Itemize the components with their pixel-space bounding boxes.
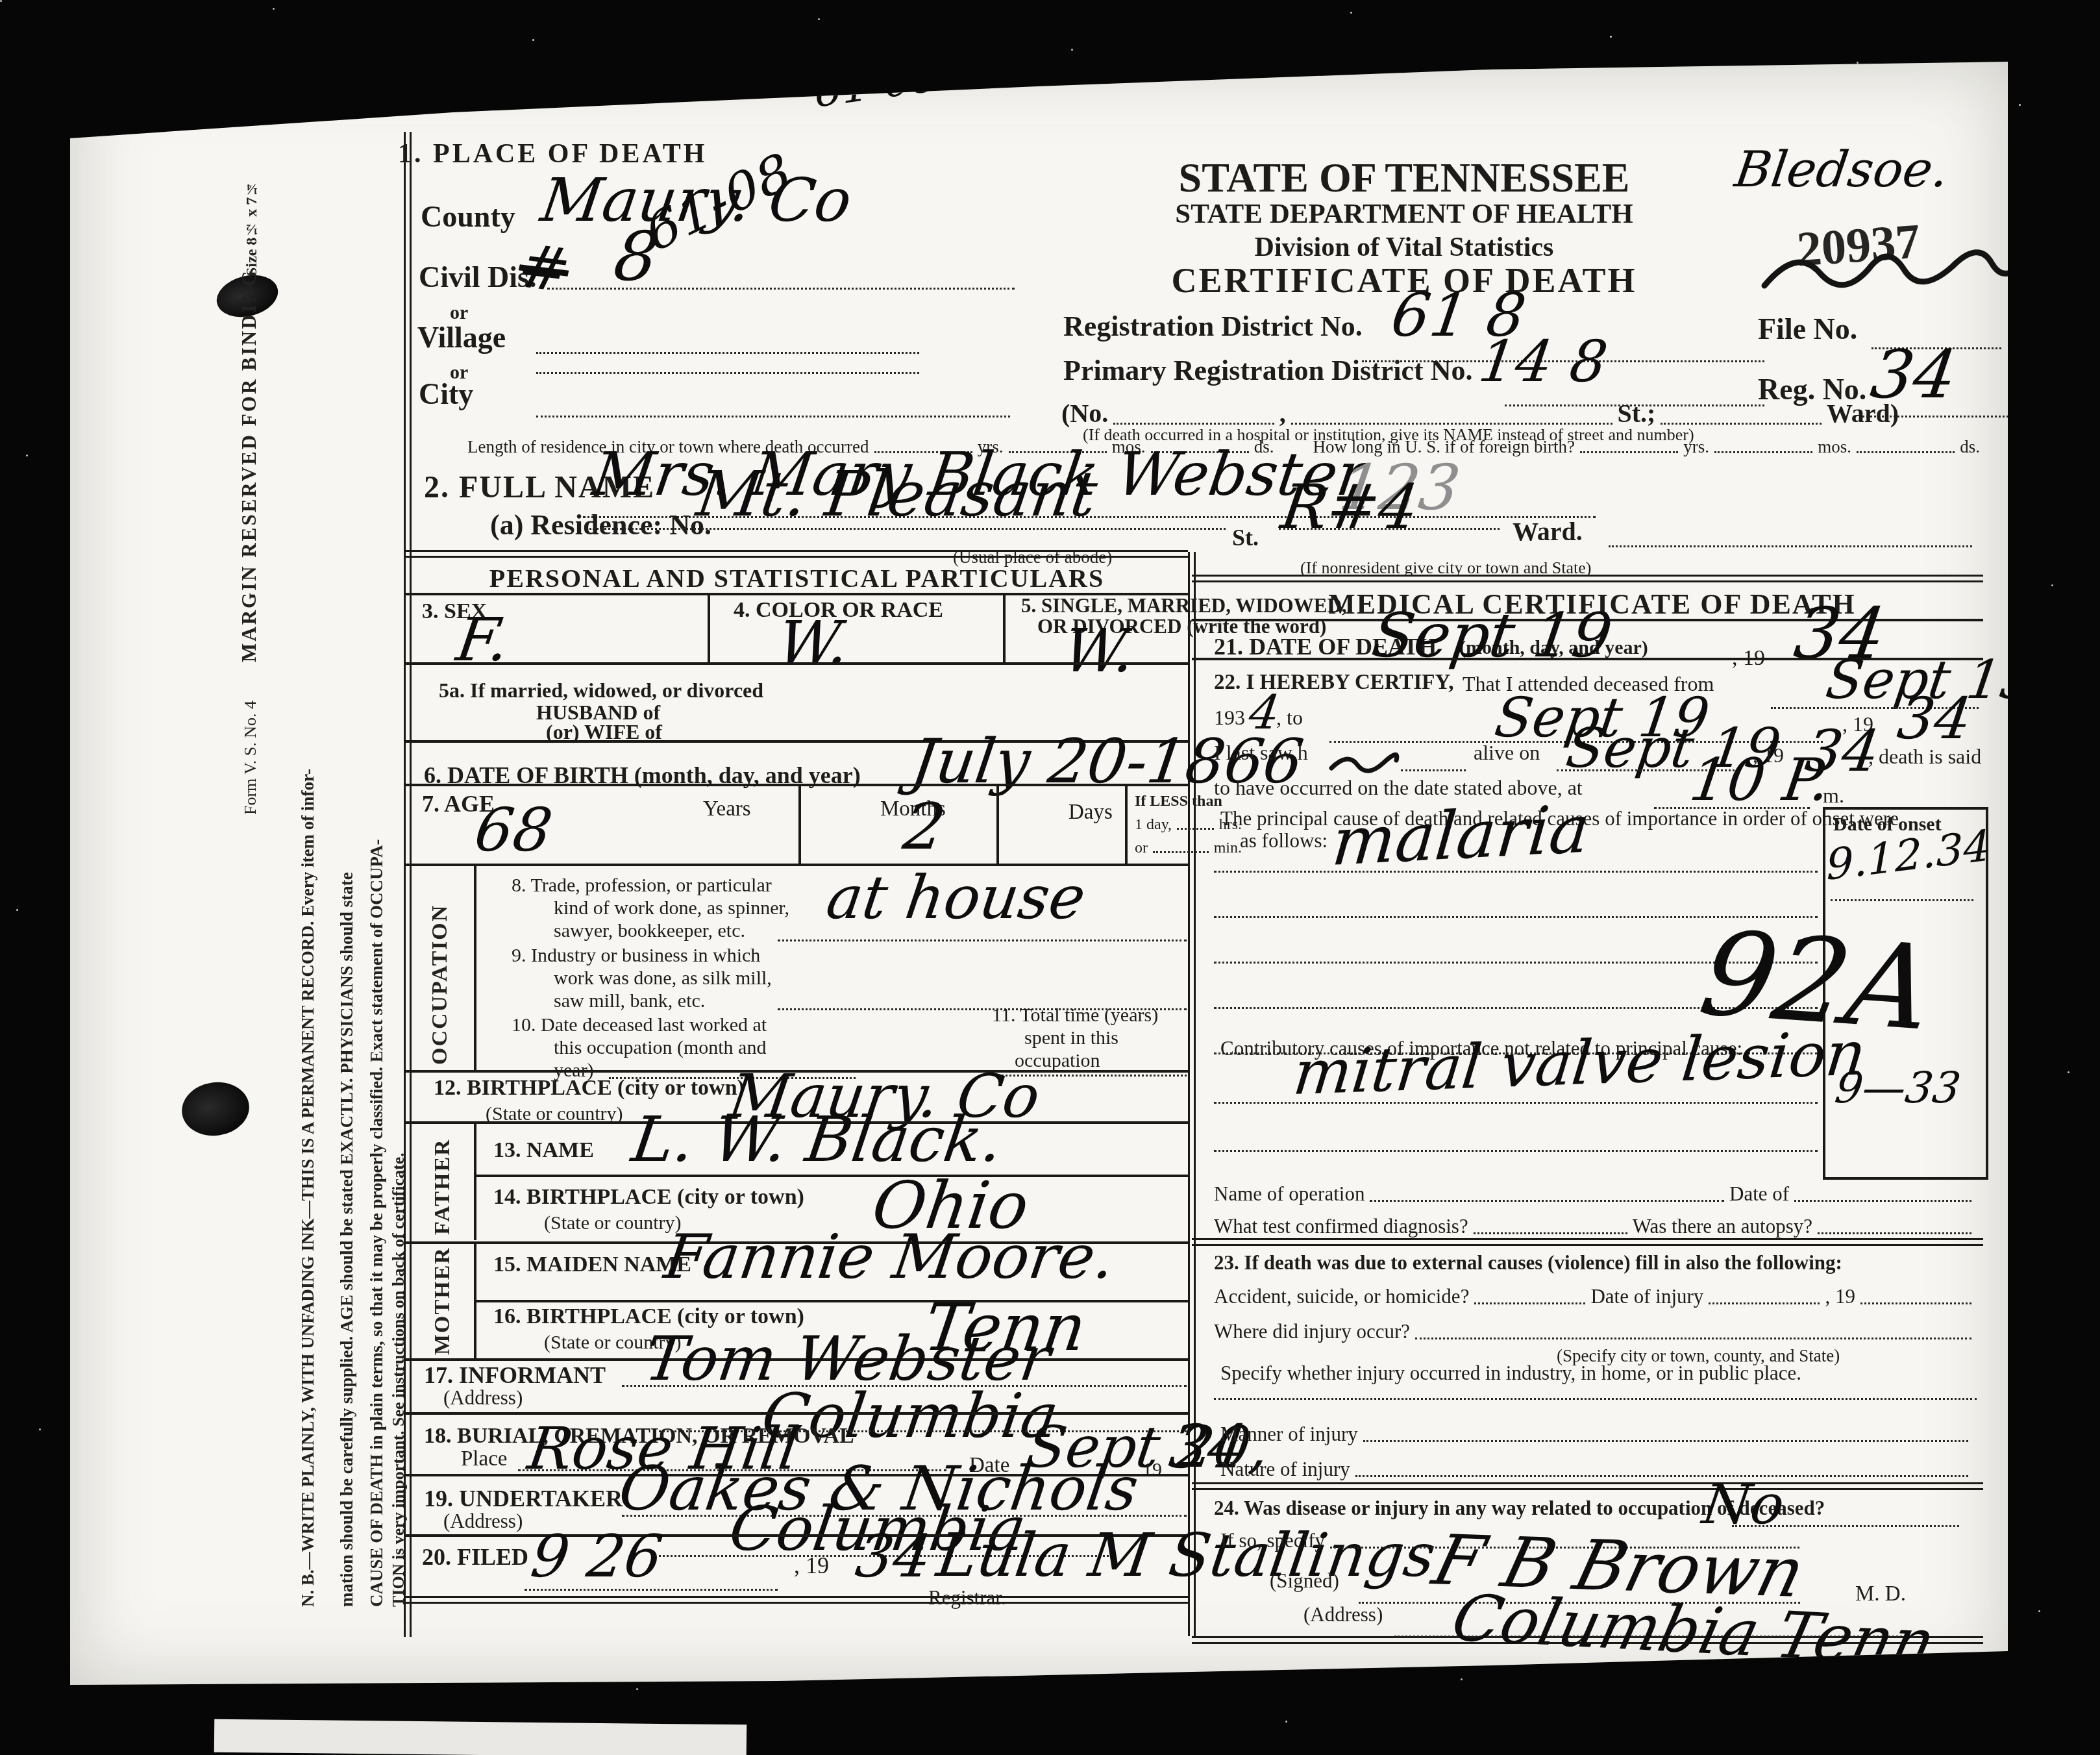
- father-side-label: FATHER: [431, 1128, 454, 1235]
- item17-address-label: (Address): [443, 1386, 523, 1410]
- if-less-line-2: 1 day,: [1135, 816, 1172, 834]
- where-label: Where did injury occur?: [1214, 1320, 1410, 1343]
- scan-dust-speckles: [0, 0, 2, 2]
- overwritten-scribble: [1758, 224, 2031, 308]
- nonresident-note: (If nonresident give city or town and St…: [1300, 558, 1591, 578]
- autopsy-label: Was there an autopsy?: [1633, 1215, 1812, 1238]
- item20-dotted: [525, 1589, 778, 1591]
- injury-date-label: Date of injury: [1590, 1285, 1703, 1308]
- ward-label: Ward): [1827, 398, 1899, 429]
- mos-label-2: mos.: [1818, 437, 1851, 457]
- item10-line-1: 10. Date deceased last worked at: [512, 1014, 767, 1036]
- cause-of-death-value: malaria: [1329, 797, 1592, 876]
- file-no-label: File No.: [1758, 312, 1857, 346]
- manner-line: Manner of injury: [1220, 1423, 1973, 1446]
- city-dotted-line: [536, 416, 1010, 417]
- item17-label: 17. INFORMANT: [424, 1362, 606, 1389]
- registrar-label: Registrar.: [928, 1586, 1006, 1610]
- item18-19-print: 19: [1143, 1459, 1162, 1481]
- st-label: St.;: [1618, 398, 1656, 429]
- form-left-border: [404, 132, 412, 1637]
- margin-nb-line-3: CAUSE OF DEATH in plain terms, so that i…: [367, 140, 386, 1607]
- certificate-scan-paper: Size 8½ x 7¼ MARGIN RESERVED FOR BINDING…: [70, 62, 2008, 1685]
- item22-hour-value: 10 P.: [1686, 751, 1834, 810]
- manner-label: Manner of injury: [1220, 1423, 1358, 1446]
- margin-binding-note: MARGIN RESERVED FOR BINDING: [239, 357, 260, 662]
- margin-nb-line-1: N. B.—WRITE PLAINLY, WITH UNFADING INK—T…: [299, 140, 317, 1607]
- item12-label: 12. BIRTHPLACE (city or town): [434, 1076, 745, 1101]
- item14-sub: (State or country): [544, 1212, 682, 1234]
- operation-date-label: Date of: [1729, 1182, 1789, 1206]
- age-years-value: 68: [471, 801, 556, 860]
- nature-line: Nature of injury: [1220, 1458, 1973, 1481]
- item22-line3c: , death is said: [1868, 745, 1981, 769]
- pencil-code-top: 61-08: [814, 55, 940, 114]
- item23-label: 23. If death was due to external causes …: [1214, 1251, 1842, 1275]
- county-label: County: [421, 199, 515, 234]
- operation-label: Name of operation: [1214, 1182, 1365, 1206]
- gender-suffix-scribble: [1328, 749, 1400, 775]
- item22-line3b: alive on: [1474, 741, 1540, 765]
- item20-value: 9 26: [528, 1528, 666, 1586]
- item8-line-3: sawyer, bookkeeper, etc.: [554, 920, 745, 942]
- if-so-label: If so, specify: [1220, 1529, 1325, 1552]
- operation-line: Name of operation Date of: [1214, 1182, 1977, 1206]
- ds-label-2: ds.: [1960, 437, 1980, 457]
- if-less-line-1: If LESS than: [1135, 793, 1222, 810]
- city-label: City: [419, 377, 473, 411]
- place-of-death-heading: 1. PLACE OF DEATH: [398, 138, 707, 169]
- item10-line-2: this occupation (month and: [554, 1037, 766, 1059]
- personal-bottom-rule: [406, 1596, 1188, 1604]
- item11-line-2: spent in this: [1024, 1027, 1118, 1049]
- yrs-label-2: yrs.: [1683, 437, 1709, 457]
- if-less-or: or: [1135, 840, 1148, 857]
- civil-district-struck-symbol: #: [513, 236, 575, 302]
- registration-district-label: Registration District No.: [1063, 310, 1363, 343]
- primary-district-label: Primary Registration District No.: [1063, 354, 1472, 387]
- item22-line3a: I last saw h: [1214, 741, 1308, 765]
- margin-size-note: Size 8½ x 7¼: [244, 143, 260, 276]
- primary-district-value: 14 8: [1476, 333, 1611, 390]
- item14-label: 14. BIRTHPLACE (city or town): [493, 1185, 804, 1210]
- street-address-line: (No., St.; Ward): [1061, 398, 1899, 429]
- injury-19-label: , 19: [1825, 1285, 1855, 1308]
- residence-dotted-3: [1609, 545, 1972, 547]
- state-title: STATE OF TENNESSEE: [1148, 154, 1661, 202]
- item9-line-2: work was done, as silk mill,: [554, 967, 772, 990]
- item22-line1a: 22. I HEREBY CERTIFY,: [1214, 671, 1454, 695]
- item15-value: Fannie Moore.: [661, 1227, 1118, 1288]
- where-line: Where did injury occur?: [1214, 1320, 1977, 1343]
- item8-dotted: [778, 940, 1187, 941]
- item9-line-3: saw mill, bank, etc.: [554, 990, 705, 1012]
- paper-edge-sliver: [214, 1719, 747, 1755]
- mother-side-label: MOTHER: [431, 1246, 454, 1355]
- item11-line-1: 11. Total time (years): [992, 1004, 1158, 1027]
- residence-st-label: St.: [1232, 524, 1259, 551]
- margin-nb-line-2: mation should be carefully supplied. AGE…: [338, 140, 356, 1607]
- residence-dotted-1: [589, 528, 1226, 530]
- item24-value: No: [1699, 1477, 1788, 1532]
- item22-year-a-value: 34: [1894, 690, 1975, 747]
- item18-place-label: Place: [461, 1447, 507, 1471]
- department-title: STATE DEPARTMENT OF HEALTH: [1148, 198, 1661, 230]
- item8-line-1: 8. Trade, profession, or particular: [512, 875, 772, 897]
- years-label: Years: [703, 797, 751, 821]
- handwritten-county-annotation: Bledsoe.: [1732, 145, 1951, 194]
- address-label: (Address): [1303, 1603, 1383, 1626]
- item8-line-2: kind of work done, as spinner,: [554, 897, 789, 919]
- item20-year-value: 34: [852, 1528, 935, 1586]
- item22-to-label: , to: [1276, 706, 1303, 730]
- specify-label: Specify whether injury occurred in indus…: [1220, 1362, 1801, 1385]
- item22-m-label: m.: [1823, 784, 1844, 808]
- test-label: What test confirmed diagnosis?: [1214, 1215, 1468, 1238]
- residence-handwriting: Mt. Pleasant: [693, 463, 1101, 525]
- occupation-side-label: OCCUPATION: [428, 870, 452, 1065]
- item19-label: 19. UNDERTAKER: [424, 1485, 623, 1512]
- village-dotted-line: [536, 352, 919, 354]
- marital-value: W.: [1060, 621, 1139, 681]
- residence-label: (a) Residence: No.: [490, 508, 711, 541]
- item15-label: 15. MAIDEN NAME: [493, 1252, 691, 1277]
- item5a-label: 5a. If married, widowed, or divorced: [439, 678, 763, 703]
- contributory-value: mitral valve lesion: [1291, 1023, 1869, 1104]
- residence-dotted-2: [1279, 528, 1500, 530]
- margin-form-number: Form V. S. No. 4: [241, 698, 259, 815]
- no-label: (No.: [1061, 398, 1108, 429]
- personal-section-title: PERSONAL AND STATISTICAL PARTICULARS: [406, 563, 1188, 593]
- item19-address-label: (Address): [443, 1510, 523, 1533]
- principal-line-2: as follows:: [1240, 829, 1328, 853]
- item9-line-1: 9. Industry or business in which: [512, 945, 760, 967]
- item22-1934-print: 193: [1214, 706, 1245, 730]
- item8-value: at house: [823, 868, 1089, 928]
- test-line: What test confirmed diagnosis? Was there…: [1214, 1215, 1977, 1238]
- age-months-value: 2: [900, 795, 949, 859]
- item20-19-print: , 19: [794, 1552, 829, 1579]
- residence-ward-label: Ward.: [1513, 516, 1583, 547]
- signed-label: (Signed): [1270, 1569, 1339, 1593]
- division-title: Division of Vital Statistics: [1148, 232, 1661, 263]
- if-less-min: min.: [1214, 840, 1242, 857]
- village-label: Village: [417, 320, 506, 355]
- civil-district-dotted-line: [536, 372, 919, 374]
- item13-label: 13. NAME: [493, 1138, 594, 1163]
- punch-hole-bottom: [179, 1078, 253, 1140]
- item13-value: L. W. Black.: [628, 1108, 1006, 1171]
- accident-label: Accident, suicide, or homicide?: [1214, 1285, 1469, 1308]
- days-label: Days: [1069, 801, 1113, 825]
- sex-value: F.: [453, 610, 513, 670]
- accident-line: Accident, suicide, or homicide? Date of …: [1214, 1285, 1977, 1308]
- nature-label: Nature of injury: [1220, 1458, 1350, 1481]
- item20-label: 20. FILED: [422, 1543, 528, 1571]
